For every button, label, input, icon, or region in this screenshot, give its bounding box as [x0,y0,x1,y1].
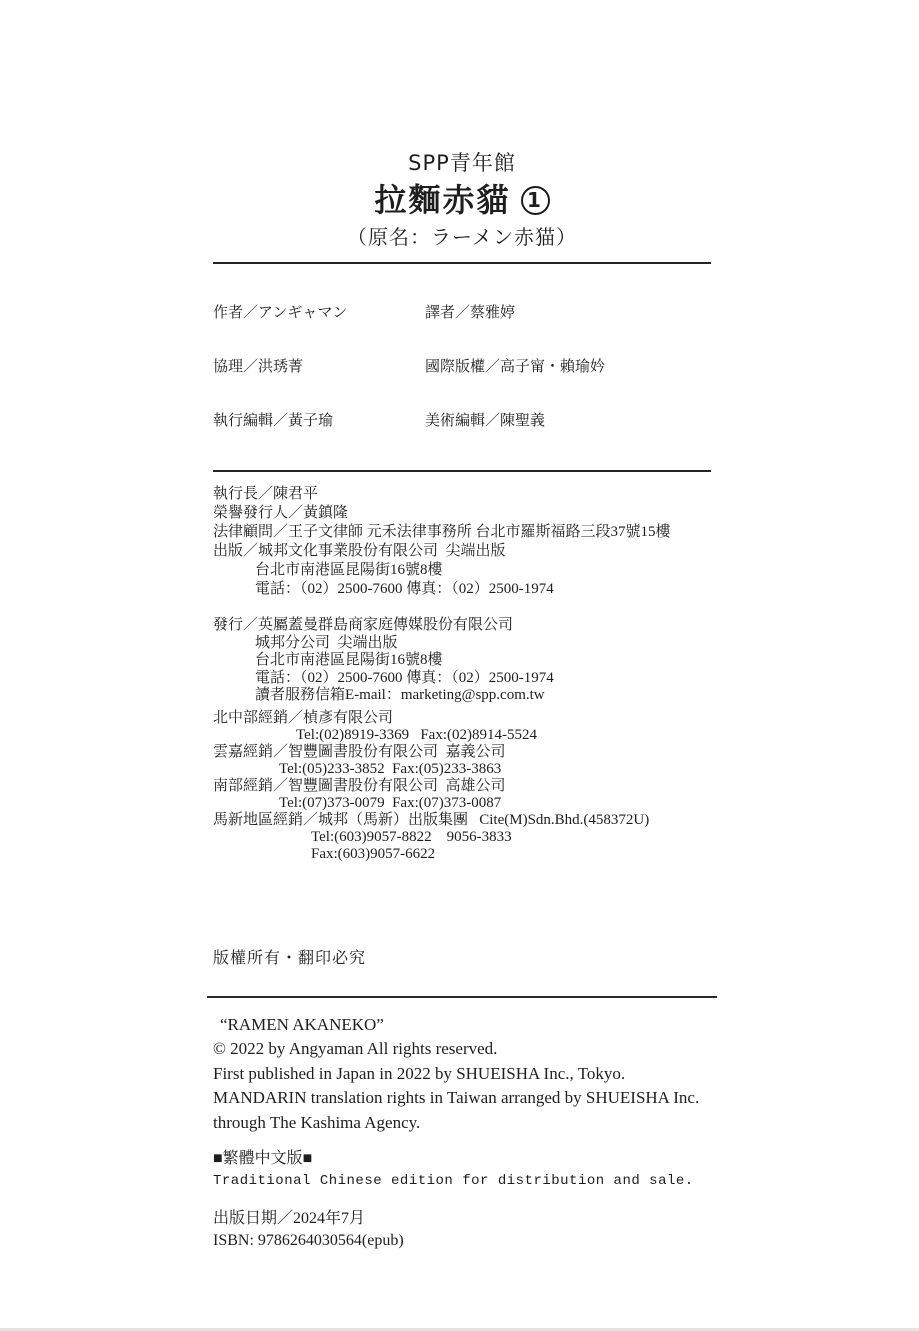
book-title-text: 拉麵赤貓 [374,178,510,222]
english-copyright-line: © 2022 by Angyaman All rights reserved. [213,1037,711,1062]
credit-line: 譯者／蔡雅婷 [425,304,605,322]
publication-date-line: 出版日期／2024年7月 [213,1208,711,1230]
imprint-label: SPP青年館 [213,150,711,176]
colophon-line: 發行／英屬蓋曼群島商家庭傳媒股份有限公司 [213,617,711,635]
rights-notice: 版權所有・翻印必究 [213,948,711,970]
credit-line: 作者／アンギャマン [213,304,425,322]
distributor-phone-line: Fax:(603)9057-6622 [213,846,711,863]
distributor-phone-line: Tel:(02)8919-3369 Fax:(02)8914-5524 [213,727,711,744]
credits-table: 作者／アンギャマン 協理／洪琇菁 執行編輯／黃子瑜 譯者／蔡雅婷 國際版權／高子… [213,264,711,470]
reader-service-email-line: 讀者服務信箱E-mail：marketing@spp.com.tw [213,687,711,705]
edition-note: Traditional Chinese edition for distribu… [213,1171,711,1191]
colophon-line: 台北市南港區昆陽街16號8樓 [213,652,711,670]
book-title: 拉麵赤貓 1 [213,178,711,222]
credits-left-column: 作者／アンギャマン 協理／洪琇菁 執行編輯／黃子瑜 [213,268,425,466]
original-title: （原名：ラーメン赤猫） [213,224,711,250]
colophon-line: 法律顧問／王子文律師 元禾法律事務所 台北市羅斯福路三段37號15樓 [213,523,711,542]
english-copyright-line: MANDARIN translation rights in Taiwan ar… [213,1086,711,1111]
distributor-line: 南部經銷／智豐圖書股份有限公司 高雄公司 [213,778,711,795]
colophon-page: SPP青年館 拉麵赤貓 1 （原名：ラーメン赤猫） 作者／アンギャマン 協理／洪… [213,150,711,1252]
distributor-phone-line: Tel:(05)233-3852 Fax:(05)233-3863 [213,761,711,778]
english-title-line: “RAMEN AKANEKO” [213,1013,711,1038]
english-copyright-block: “RAMEN AKANEKO” © 2022 by Angyaman All r… [213,1013,711,1136]
credit-line: 國際版權／高子甯・賴瑜妗 [425,358,605,376]
page-header: SPP青年館 拉麵赤貓 1 （原名：ラーメン赤猫） [213,150,711,250]
english-copyright-line: First published in Japan in 2022 by SHUE… [213,1062,711,1087]
colophon-line: 電話：（02）2500-7600 傳真：（02）2500-1974 [213,580,711,599]
distributor-line: 雲嘉經銷／智豐圖書股份有限公司 嘉義公司 [213,744,711,761]
publisher-block: 執行長／陳君平 榮譽發行人／黃鎮隆 法律顧問／王子文律師 元禾法律事務所 台北市… [213,485,711,599]
edition-header: ■繁體中文版■ [213,1148,711,1170]
colophon-line: 台北市南港區昆陽街16號8樓 [213,561,711,580]
credit-line: 美術編輯／陳聖義 [425,412,605,430]
volume-number-badge: 1 [521,186,550,215]
credit-line: 協理／洪琇菁 [213,358,425,376]
credit-line: 執行編輯／黃子瑜 [213,412,425,430]
distributor-phone-line: Tel:(603)9057-8822 9056-3833 [213,829,711,846]
credits-right-column: 譯者／蔡雅婷 國際版權／高子甯・賴瑜妗 美術編輯／陳聖義 [425,268,605,466]
distribution-block: 北中部經銷／楨彥有限公司 Tel:(02)8919-3369 Fax:(02)8… [213,710,711,863]
colophon-line: 電話：（02）2500-7600 傳真：（02）2500-1974 [213,670,711,688]
english-copyright-line: through The Kashima Agency. [213,1111,711,1136]
colophon-line: 執行長／陳君平 [213,485,711,504]
distributor-line: 馬新地區經銷／城邦（馬新）出版集團 Cite(M)Sdn.Bhd.(458372… [213,812,711,829]
issuing-block: 發行／英屬蓋曼群島商家庭傳媒股份有限公司 城邦分公司 尖端出版 台北市南港區昆陽… [213,617,711,705]
distributor-line: 北中部經銷／楨彥有限公司 [213,710,711,727]
distributor-phone-line: Tel:(07)373-0079 Fax:(07)373-0087 [213,795,711,812]
colophon-line: 出版／城邦文化事業股份有限公司 尖端出版 [213,542,711,561]
isbn-line: ISBN: 9786264030564(epub) [213,1230,711,1252]
divider-credits-rule [213,470,711,472]
colophon-line: 城邦分公司 尖端出版 [213,635,711,653]
colophon-line: 榮譽發行人／黃鎮隆 [213,504,711,523]
divider-bottom-rule [207,996,717,998]
